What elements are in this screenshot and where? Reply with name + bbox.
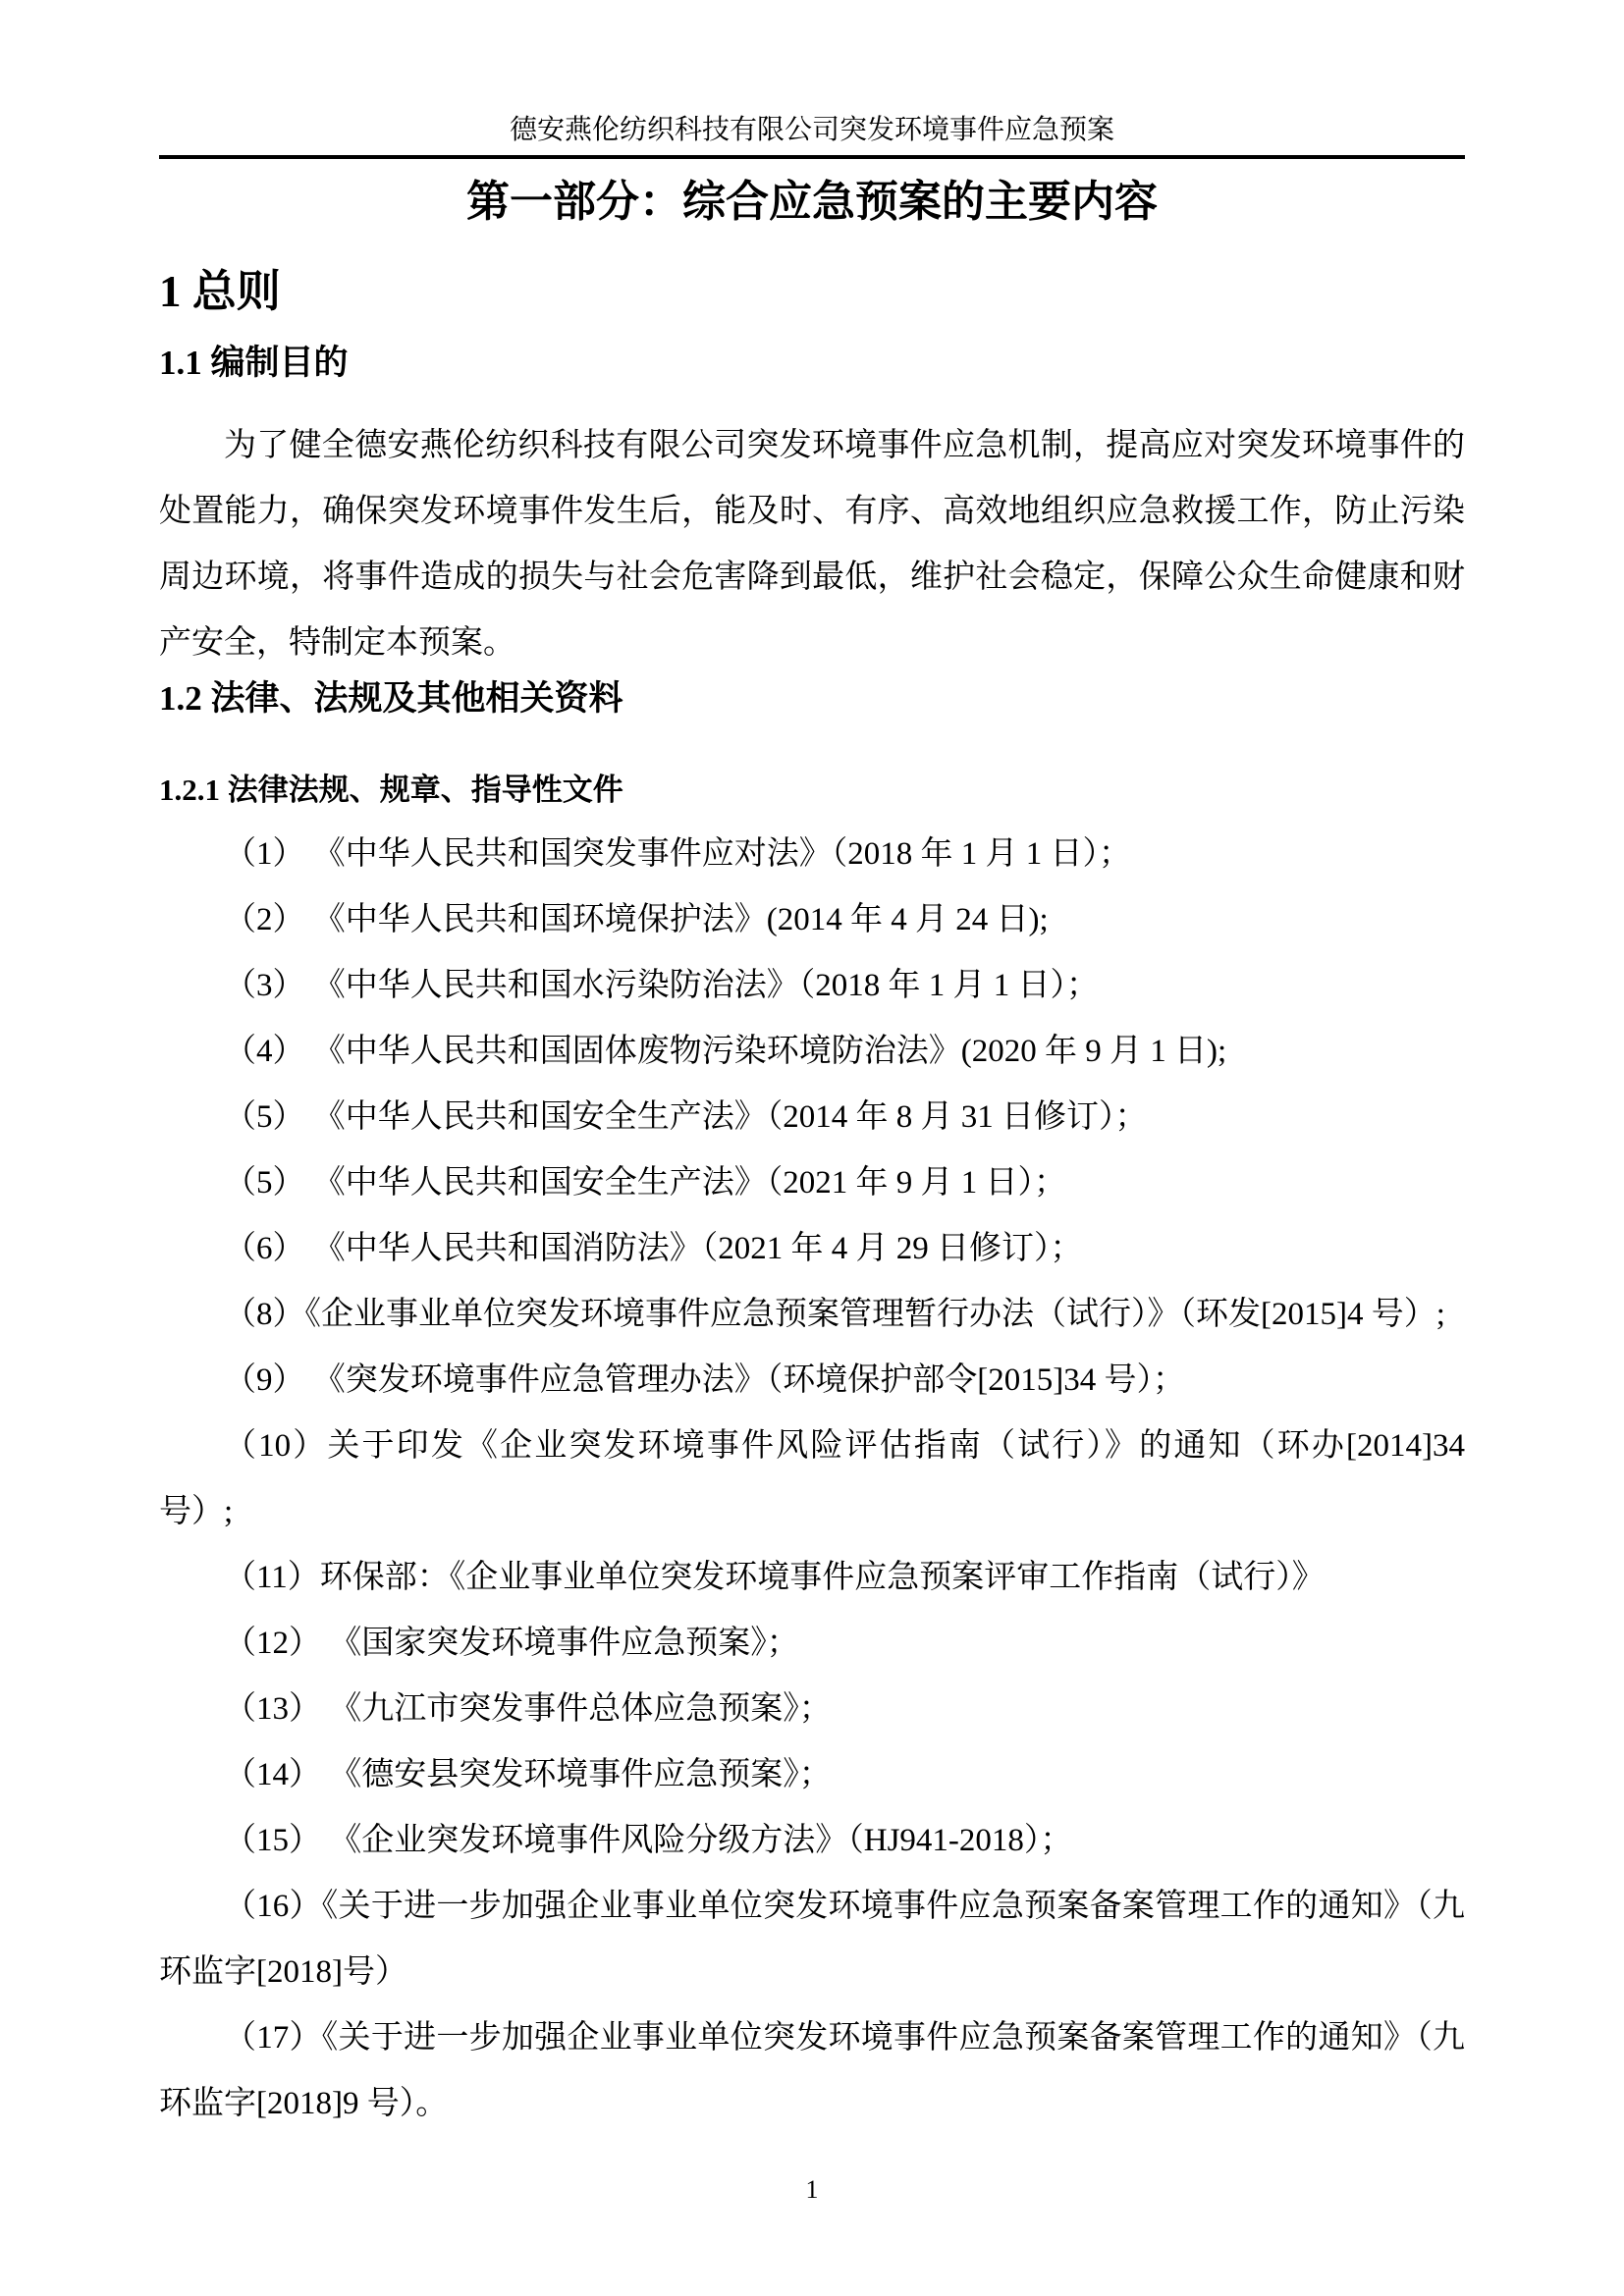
purpose-paragraph: 为了健全德安燕伦纺织科技有限公司突发环境事件应急机制，提高应对突发环境事件的处置… [159, 413, 1465, 676]
reference-item: （15） 《企业突发环境事件风险分级方法》（HJ941-2018）； [159, 1808, 1465, 1874]
reference-item: （13） 《九江市突发事件总体应急预案》； [159, 1677, 1465, 1742]
reference-item: （3） 《中华人民共和国水污染防治法》（2018 年 1 月 1 日）； [159, 953, 1465, 1019]
page-header-text: 德安燕伦纺织科技有限公司突发环境事件应急预案 [510, 115, 1114, 145]
page-content: 德安燕伦纺织科技有限公司突发环境事件应急预案 第一部分：综合应急预案的主要内容 … [159, 0, 1465, 2204]
reference-list: （1） 《中华人民共和国突发事件应对法》（2018 年 1 月 1 日）； （2… [159, 822, 1465, 2137]
page-header: 德安燕伦纺织科技有限公司突发环境事件应急预案 [159, 0, 1465, 159]
reference-item: （10）关于印发《企业突发环境事件风险评估指南（试行）》的通知（环办[2014]… [159, 1414, 1465, 1545]
reference-item: （14） 《德安县突发环境事件应急预案》； [159, 1742, 1465, 1808]
reference-item: （11）环保部：《企业事业单位突发环境事件应急预案评审工作指南（试行）》 [159, 1545, 1465, 1611]
reference-item: （4） 《中华人民共和国固体废物污染环境防治法》(2020 年 9 月 1 日)… [159, 1019, 1465, 1085]
reference-item: （1） 《中华人民共和国突发事件应对法》（2018 年 1 月 1 日）； [159, 822, 1465, 887]
reference-item: （5） 《中华人民共和国安全生产法》（2014 年 8 月 31 日修订）； [159, 1085, 1465, 1150]
document-title: 第一部分：综合应急预案的主要内容 [159, 179, 1465, 226]
reference-item: （16）《关于进一步加强企业事业单位突发环境事件应急预案备案管理工作的通知》（九… [159, 1874, 1465, 2005]
page-number: 1 [159, 2176, 1465, 2204]
reference-item: （5） 《中华人民共和国安全生产法》（2021 年 9 月 1 日）； [159, 1150, 1465, 1216]
reference-item: （2） 《中华人民共和国环境保护法》(2014 年 4 月 24 日); [159, 887, 1465, 953]
heading-section-1-1: 1.1 编制目的 [159, 346, 1465, 381]
heading-chapter-1: 1 总则 [159, 269, 1465, 314]
reference-item: （17）《关于进一步加强企业事业单位突发环境事件应急预案备案管理工作的通知》（九… [159, 2005, 1465, 2137]
reference-item: （9） 《突发环境事件应急管理办法》（环境保护部令[2015]34 号）； [159, 1348, 1465, 1414]
reference-item: （8）《企业事业单位突发环境事件应急预案管理暂行办法（试行）》（环发[2015]… [159, 1282, 1465, 1348]
reference-item: （12） 《国家突发环境事件应急预案》； [159, 1611, 1465, 1677]
heading-section-1-2: 1.2 法律、法规及其他相关资料 [159, 681, 1465, 717]
document-page: 德安燕伦纺织科技有限公司突发环境事件应急预案 第一部分：综合应急预案的主要内容 … [0, 0, 1624, 2296]
heading-section-1-2-1: 1.2.1 法律法规、规章、指导性文件 [159, 774, 1465, 806]
reference-item: （6） 《中华人民共和国消防法》（2021 年 4 月 29 日修订）； [159, 1216, 1465, 1282]
